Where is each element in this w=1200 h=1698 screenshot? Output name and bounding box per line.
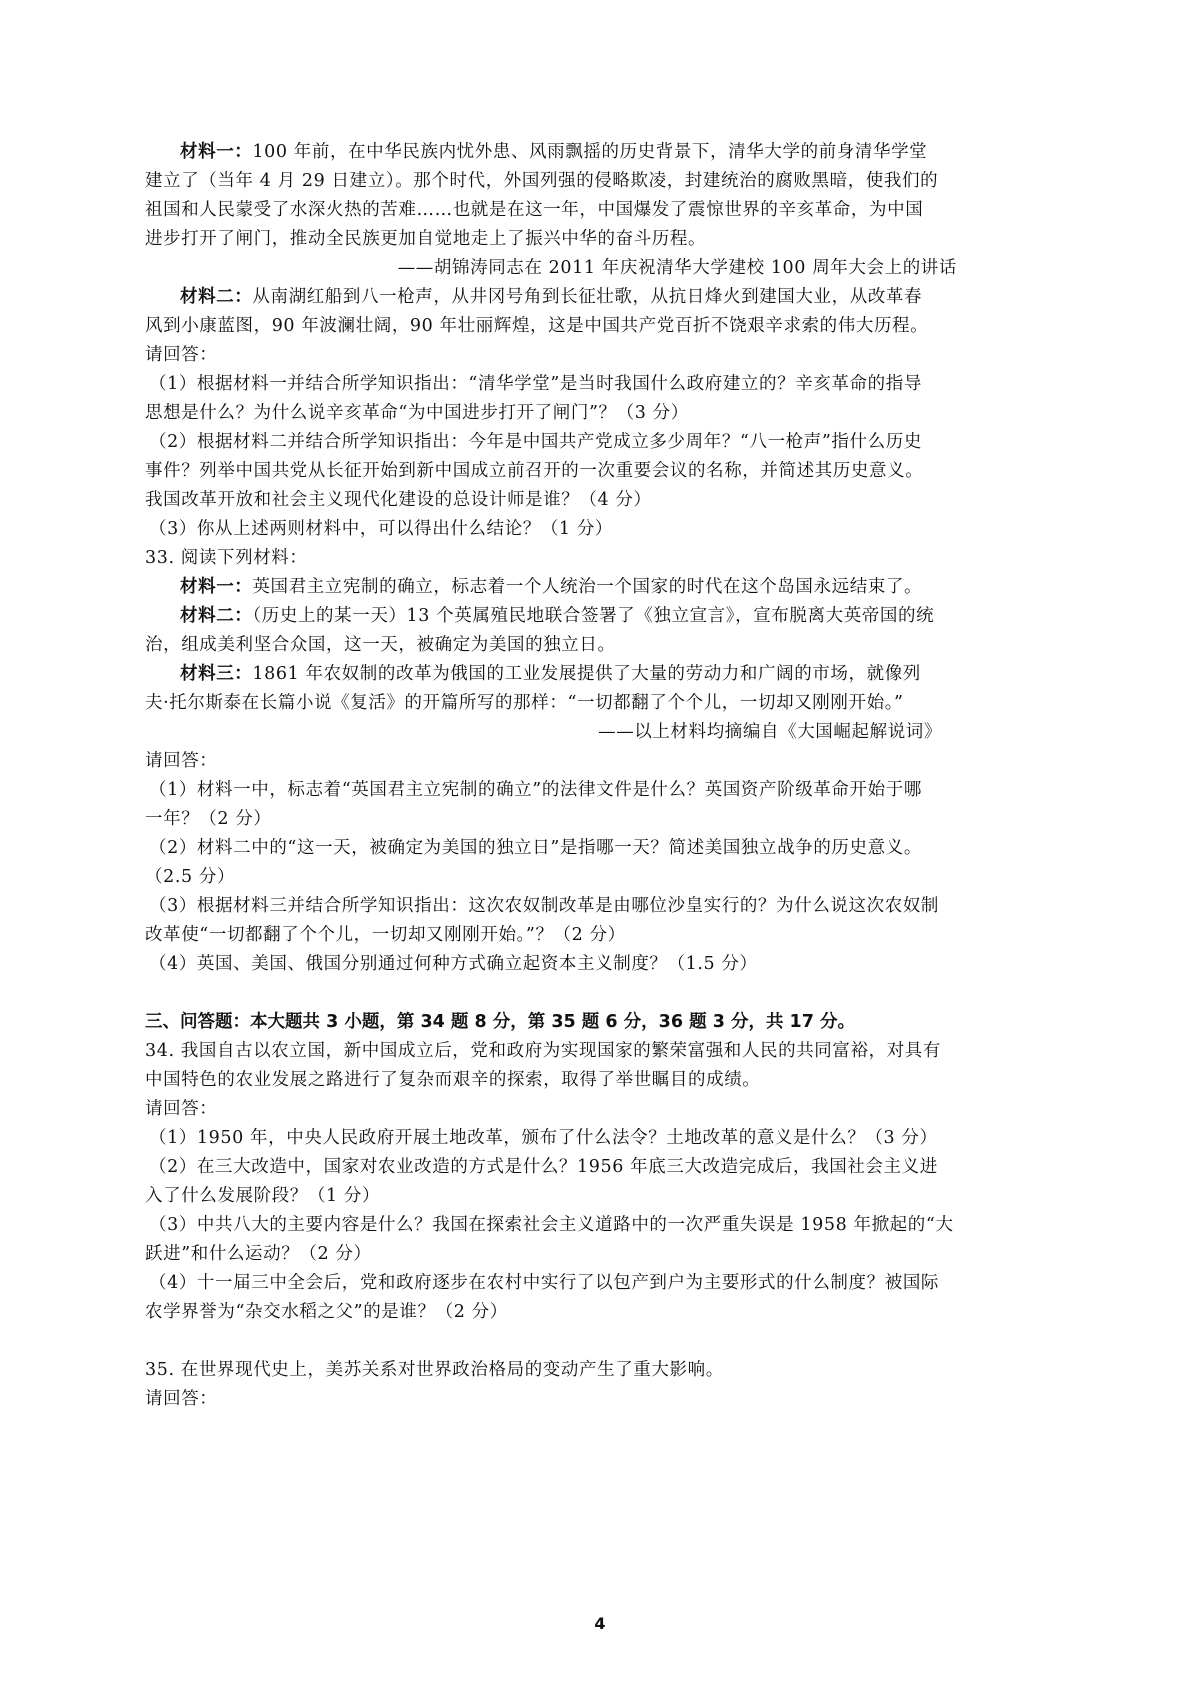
sub-question-line: （1）材料一中，标志着“英国君主立宪制的确立”的法律文件是什么？英国资产阶级革命… [145, 776, 1057, 805]
sub-question-line: 一年？（2 分） [145, 805, 1057, 834]
material-text-line: 治，组成美利坚合众国，这一天，被确定为美国的独立日。 [145, 631, 1057, 660]
material-source: ——胡锦涛同志在 2011 年庆祝清华大学建校 100 周年大会上的讲话 [145, 254, 1057, 283]
q33-material-1: 材料一：英国君主立宪制的确立，标志着一个人统治一个国家的时代在这个岛国永远结束了… [145, 573, 1057, 602]
sub-question-line: 跃进”和什么运动？（2 分） [145, 1240, 1057, 1269]
q35-stem: 35. 在世界现代史上，美苏关系对世界政治格局的变动产生了重大影响。 [145, 1356, 1057, 1385]
question-stem-line: 35. 在世界现代史上，美苏关系对世界政治格局的变动产生了重大影响。 [145, 1356, 1057, 1385]
page-number: 4 [590, 1614, 610, 1633]
sub-question-line: （3）根据材料三并结合所学知识指出：这次农奴制改革是由哪位沙皇实行的？为什么说这… [145, 892, 1057, 921]
material-text-line: 英国君主立宪制的确立，标志着一个人统治一个国家的时代在这个岛国永远结束了。 [252, 577, 922, 597]
material-text-line: 1861 年农奴制的改革为俄国的工业发展提供了大量的劳动力和广阔的市场，就像列 [252, 664, 921, 684]
q33-material-3: 材料三：1861 年农奴制的改革为俄国的工业发展提供了大量的劳动力和广阔的市场，… [145, 660, 1057, 747]
sub-question-line: （4）十一届三中全会后，党和政府逐步在农村中实行了以包产到户为主要形式的什么制度… [145, 1269, 1057, 1298]
sub-question-line: （2）材料二中的“这一天，被确定为美国的独立日”是指哪一天？简述美国独立战争的历… [145, 834, 1057, 863]
q33-material-2: 材料二：（历史上的某一天）13 个英属殖民地联合签署了《独立宣言》，宣布脱离大英… [145, 602, 1057, 660]
sub-question-line: 事件？列举中国共党从长征开始到新中国成立前召开的一次重要会议的名称，并简述其历史… [145, 457, 1057, 486]
material-text-line: 100 年前，在中华民族内忧外患、风雨飘摇的历史背景下，清华大学的前身清华学堂 [252, 142, 927, 162]
sub-question-line: （2）根据材料二并结合所学知识指出：今年是中国共产党成立多少周年？“八一枪声”指… [145, 428, 1057, 457]
material-text-line: 建立了（当年 4 月 29 日建立）。那个时代，外国列强的侵略欺凌，封建统治的腐… [145, 167, 1057, 196]
sub-question-line: （1）1950 年，中央人民政府开展土地改革，颁布了什么法令？土地改革的意义是什… [145, 1124, 1057, 1153]
sub-question-line: 改革使“一切都翻了个个儿，一切却又刚刚开始。”？（2 分） [145, 921, 1057, 950]
q32-material-2: 材料二：从南湖红船到八一枪声，从井冈号角到长征壮歌，从抗日烽火到建国大业，从改革… [145, 283, 1057, 341]
sub-question-line: 思想是什么？为什么说辛亥革命“为中国进步打开了闸门”？（3 分） [145, 399, 1057, 428]
material-label: 材料一： [180, 577, 252, 597]
material-label: 材料三： [180, 664, 252, 684]
section-heading: 三、问答题：本大题共 3 小题，第 34 题 8 分，第 35 题 6 分，36… [145, 1008, 1057, 1037]
question-title: 33. 阅读下列材料： [145, 544, 1057, 573]
sub-question-line: （1）根据材料一并结合所学知识指出：“清华学堂”是当时我国什么政府建立的？辛亥革… [145, 370, 1057, 399]
sub-question-line: （3）中共八大的主要内容是什么？我国在探索社会主义道路中的一次严重失误是 195… [145, 1211, 1057, 1240]
answer-prompt: 请回答： [145, 1385, 1057, 1414]
exam-page: 材料一：100 年前，在中华民族内忧外患、风雨飘摇的历史背景下，清华大学的前身清… [145, 138, 1057, 1414]
q34-questions: （1）1950 年，中央人民政府开展土地改革，颁布了什么法令？土地改革的意义是什… [145, 1124, 1057, 1327]
answer-prompt: 请回答： [145, 747, 1057, 776]
q33-questions: （1）材料一中，标志着“英国君主立宪制的确立”的法律文件是什么？英国资产阶级革命… [145, 776, 1057, 979]
answer-prompt: 请回答： [145, 341, 1057, 370]
q34-stem: 34. 我国自古以农立国，新中国成立后，党和政府为实现国家的繁荣富强和人民的共同… [145, 1037, 1057, 1095]
sub-question-line: （3）你从上述两则材料中，可以得出什么结论？（1 分） [145, 515, 1057, 544]
answer-prompt: 请回答： [145, 1095, 1057, 1124]
material-text-line: 夫·托尔斯泰在长篇小说《复活》的开篇所写的那样：“一切都翻了个个儿，一切却又刚刚… [145, 689, 1057, 718]
material-text-line: 从南湖红船到八一枪声，从井冈号角到长征壮歌，从抗日烽火到建国大业，从改革春 [252, 287, 922, 307]
sub-question-line: 我国改革开放和社会主义现代化建设的总设计师是谁？（4 分） [145, 486, 1057, 515]
sub-question-line: 入了什么发展阶段？（1 分） [145, 1182, 1057, 1211]
material-text-line: 祖国和人民蒙受了水深火热的苦难……也就是在这一年，中国爆发了震惊世界的辛亥革命，… [145, 196, 1057, 225]
material-label: 材料二： [180, 606, 252, 626]
q32-material-1: 材料一：100 年前，在中华民族内忧外患、风雨飘摇的历史背景下，清华大学的前身清… [145, 138, 1057, 283]
q32-questions: （1）根据材料一并结合所学知识指出：“清华学堂”是当时我国什么政府建立的？辛亥革… [145, 370, 1057, 544]
sub-question-line: （2.5 分） [145, 863, 1057, 892]
material-text-line: 风到小康蓝图，90 年波澜壮阔，90 年壮丽辉煌，这是中国共产党百折不饶艰辛求索… [145, 312, 1057, 341]
material-label: 材料一： [180, 142, 252, 162]
material-label: 材料二： [180, 287, 252, 307]
material-text-line: 进步打开了闸门，推动全民族更加自觉地走上了振兴中华的奋斗历程。 [145, 225, 1057, 254]
spacer [145, 1327, 1057, 1356]
material-source: ——以上材料均摘编自《大国崛起解说词》 [145, 718, 1057, 747]
sub-question-line: （4）英国、美国、俄国分别通过何种方式确立起资本主义制度？（1.5 分） [145, 950, 1057, 979]
sub-question-line: 农学界誉为“杂交水稻之父”的是谁？（2 分） [145, 1298, 1057, 1327]
question-stem-line: 34. 我国自古以农立国，新中国成立后，党和政府为实现国家的繁荣富强和人民的共同… [145, 1037, 1057, 1066]
question-stem-line: 中国特色的农业发展之路进行了复杂而艰辛的探索，取得了举世瞩目的成绩。 [145, 1066, 1057, 1095]
sub-question-line: （2）在三大改造中，国家对农业改造的方式是什么？1956 年底三大改造完成后，我… [145, 1153, 1057, 1182]
material-text-line: （历史上的某一天）13 个英属殖民地联合签署了《独立宣言》，宣布脱离大英帝国的统 [252, 606, 934, 626]
spacer [145, 979, 1057, 1008]
